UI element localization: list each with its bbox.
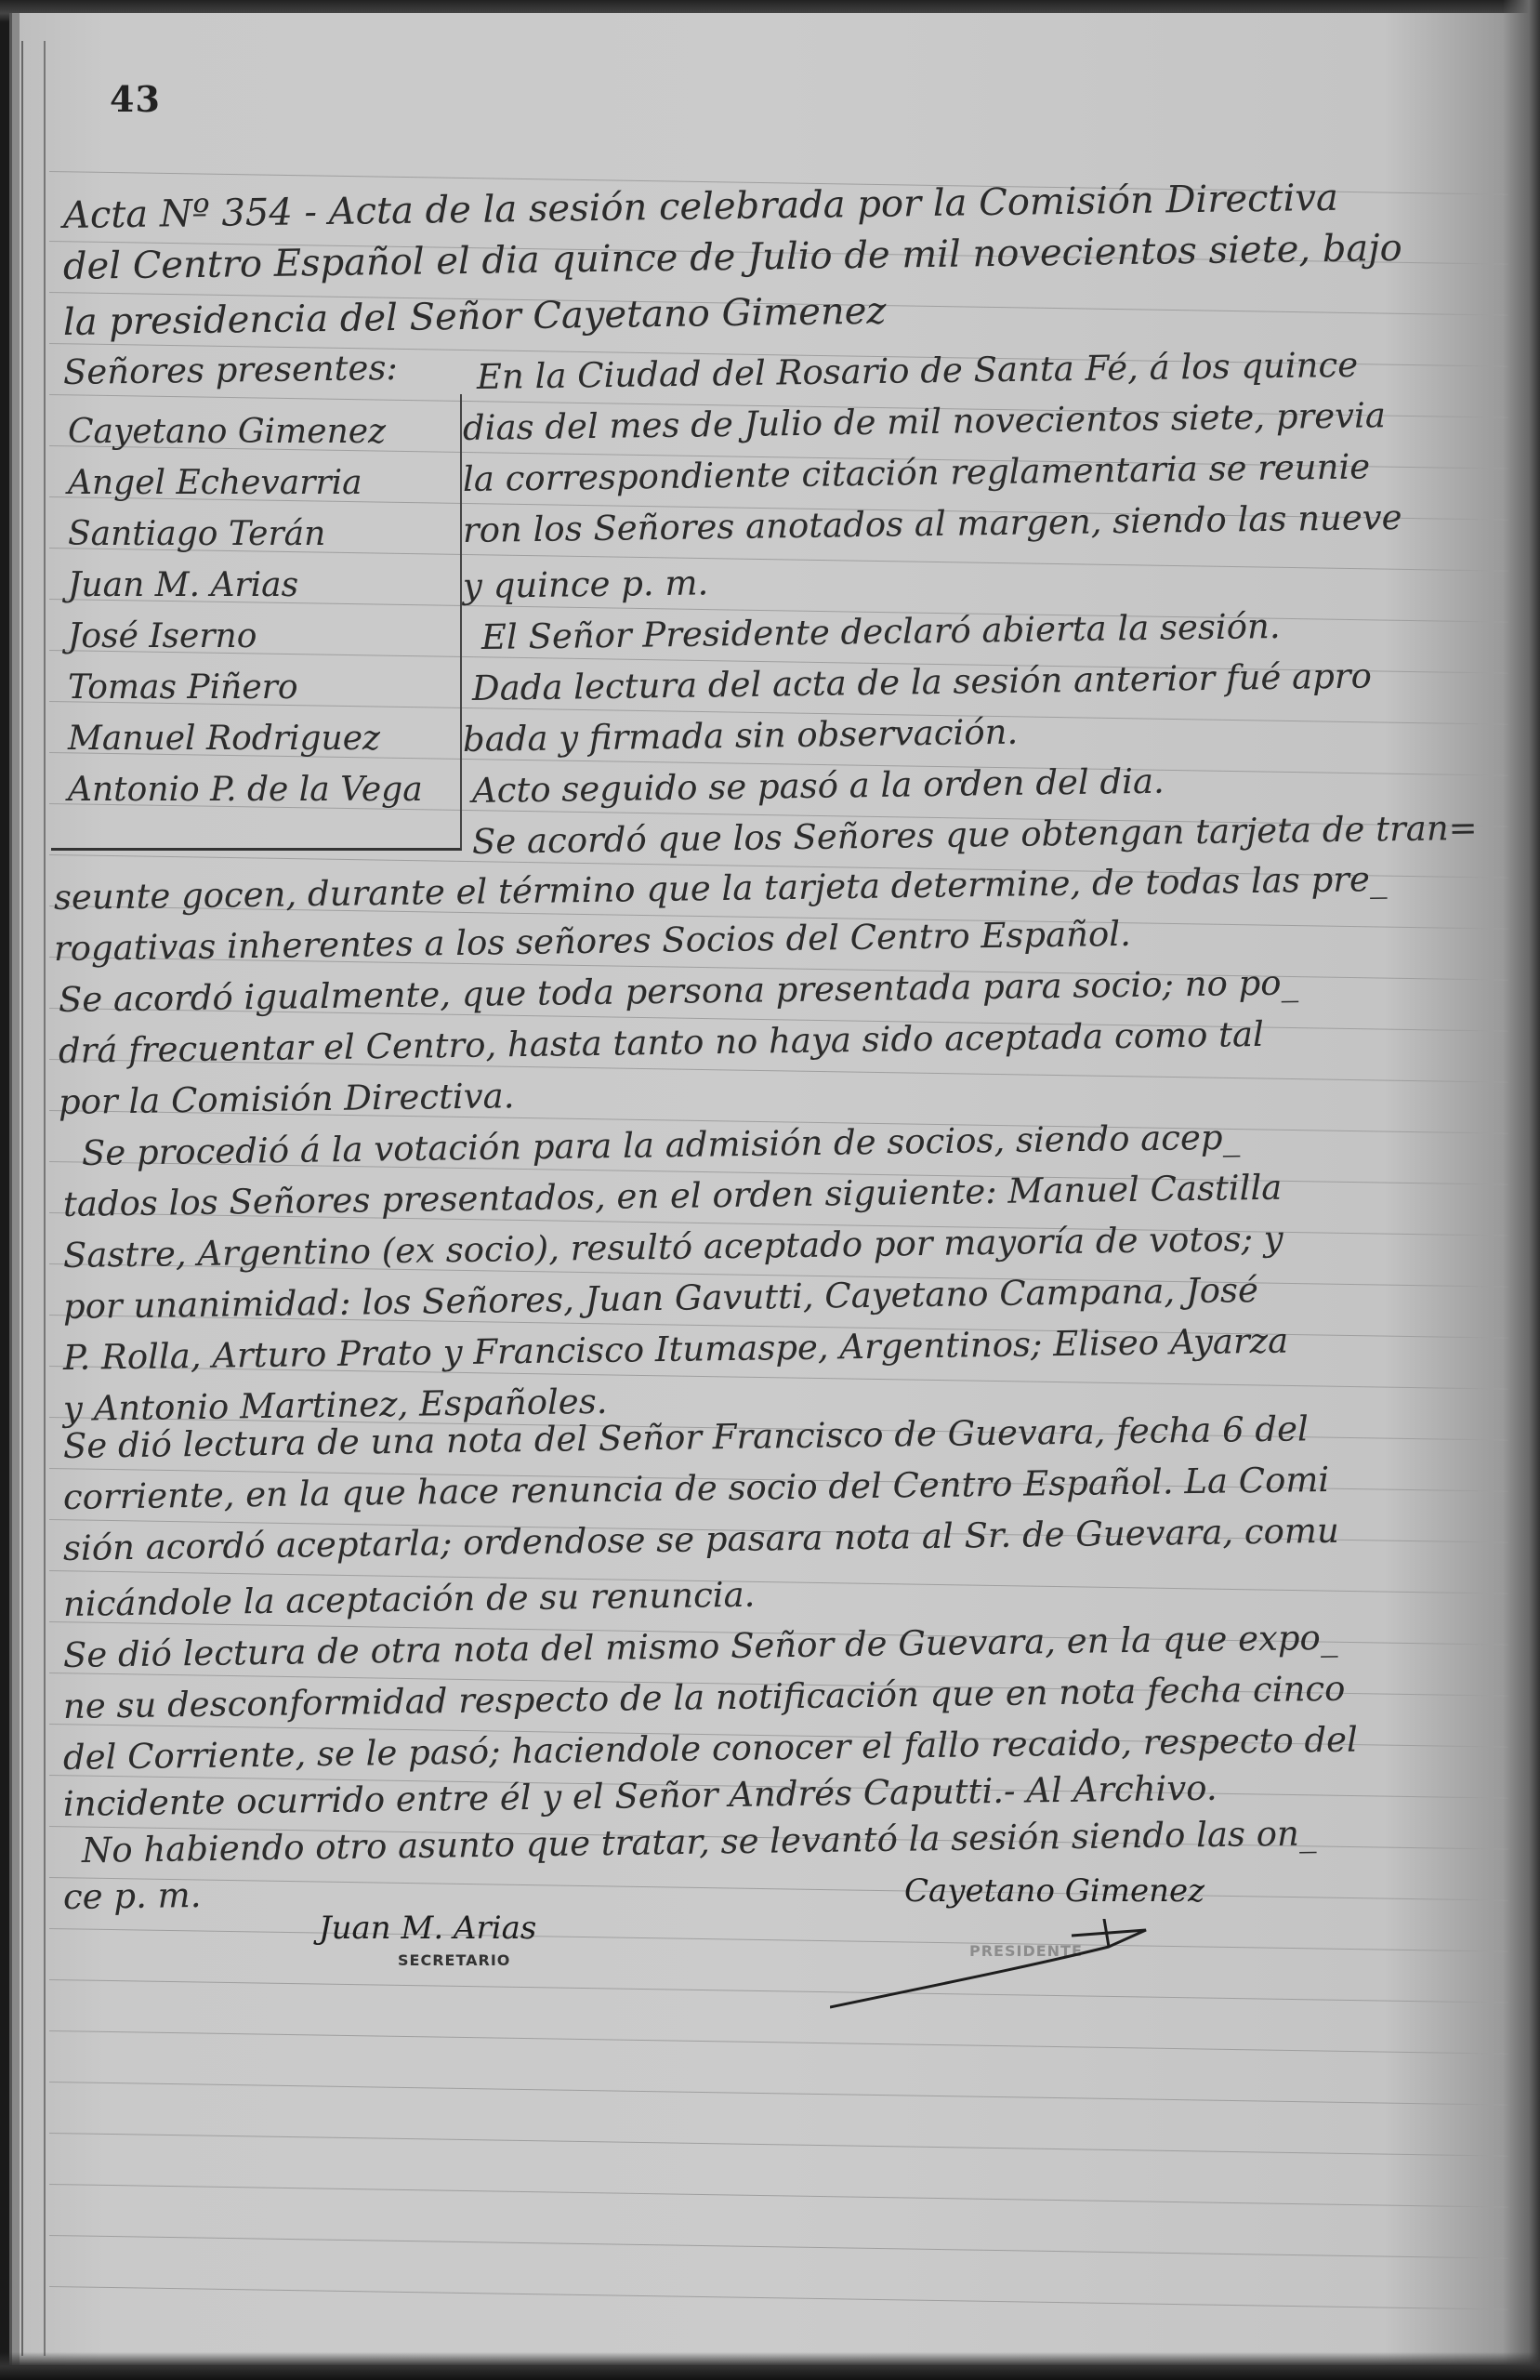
minutes-text-line: tados los Señores presentados, en el ord… xyxy=(63,1168,1283,1224)
minutes-text-line: Se procedió á la votación para la admisi… xyxy=(82,1117,1241,1173)
minutes-text-line: por la Comisión Directiva. xyxy=(59,1076,515,1122)
minutes-text-line: ne su desconformidad respecto de la noti… xyxy=(63,1669,1346,1726)
minutes-text-line: Sastre, Argentino (ex socio), resultó ac… xyxy=(63,1219,1283,1276)
attendee-name: Antonio P. de la Vega xyxy=(68,771,423,809)
minutes-title-line: del Centro Español el dia quince de Juli… xyxy=(63,227,1402,288)
attendee-name: Juan M. Arias xyxy=(68,566,298,604)
minutes-text-line: El Señor Presidente declaró abierta la s… xyxy=(481,606,1281,657)
minutes-text-line: P. Rolla, Arturo Prato y Francisco Ituma… xyxy=(63,1321,1289,1378)
ruled-line xyxy=(49,2082,1508,2106)
ledger-page: 43 Acta Nº 354 - Acta de la sesión celeb… xyxy=(9,13,1536,2365)
attendee-name: José Iserno xyxy=(68,617,257,655)
ruled-line xyxy=(49,2184,1508,2208)
minutes-text-line: bada y firmada sin observación. xyxy=(463,712,1019,760)
minutes-title-line: Acta Nº 354 - Acta de la sesión celebrad… xyxy=(63,177,1338,237)
minutes-text-line: Dada lectura del acta de la sesión anter… xyxy=(472,655,1372,708)
attendee-name: Manuel Rodriguez xyxy=(68,720,380,758)
minutes-text-line: rogativas inherentes a los señores Socio… xyxy=(54,914,1131,969)
page-number: 43 xyxy=(110,78,161,120)
president-signature: Cayetano Gimenez xyxy=(904,1872,1204,1910)
minutes-text-line: No habiendo otro asunto que tratar, se l… xyxy=(82,1813,1317,1871)
ruled-line xyxy=(49,1928,1508,1952)
minutes-text-line: nicándole la aceptación de su renuncia. xyxy=(63,1575,756,1624)
minutes-text-line: Se acordó que los Señores que obtengan t… xyxy=(472,808,1478,862)
minutes-text-line: drá frecuentar el Centro, hasta tanto no… xyxy=(59,1014,1264,1071)
ruled-line xyxy=(49,1979,1508,2003)
ruled-line xyxy=(49,2030,1508,2055)
minutes-text-line: seunte gocen, durante el término que la … xyxy=(54,859,1388,918)
signature-flourish xyxy=(830,1919,1220,2012)
ruled-line xyxy=(49,2235,1508,2259)
attendee-name: Santiago Terán xyxy=(68,515,325,553)
ruled-line xyxy=(49,1877,1508,1901)
ruled-line xyxy=(49,2286,1508,2310)
attendee-name: Angel Echevarria xyxy=(68,464,362,502)
book-bottom-edge xyxy=(0,2352,1540,2380)
minutes-text-line: incidente ocurrido entre él y el Señor A… xyxy=(63,1768,1218,1824)
minutes-title-line: la presidencia del Señor Cayetano Gimene… xyxy=(63,290,887,344)
minutes-text-line: Se dió lectura de otra nota del mismo Se… xyxy=(63,1618,1338,1675)
minutes-text-line: sión acordó aceptarla; ordendose se pasa… xyxy=(63,1511,1339,1568)
ruled-line xyxy=(49,2133,1508,2157)
book-gutter-shadow xyxy=(1503,0,1540,2380)
attendees-label: Señores presentes: xyxy=(63,348,398,392)
minutes-text-line: corriente, en la que hace renuncia de so… xyxy=(63,1460,1330,1517)
page-binding xyxy=(21,41,46,2356)
minutes-text-line: Acto seguido se pasó a la orden del dia. xyxy=(472,761,1165,811)
minutes-text-line: Se acordó igualmente, que toda persona p… xyxy=(59,962,1299,1020)
secretary-stamp: SECRETARIO xyxy=(398,1951,510,1969)
attendee-name: Cayetano Gimenez xyxy=(68,413,386,451)
attendee-name: Tomas Piñero xyxy=(68,668,298,707)
minutes-text-line: por unanimidad: los Señores, Juan Gavutt… xyxy=(63,1270,1258,1327)
minutes-text-line: y quince p. m. xyxy=(463,562,709,606)
secretary-signature: Juan M. Arias xyxy=(319,1910,536,1947)
minutes-text-line: ce p. m. xyxy=(63,1875,202,1917)
attendees-margin-box: Cayetano Gimenez Angel Echevarria Santia… xyxy=(51,394,462,851)
